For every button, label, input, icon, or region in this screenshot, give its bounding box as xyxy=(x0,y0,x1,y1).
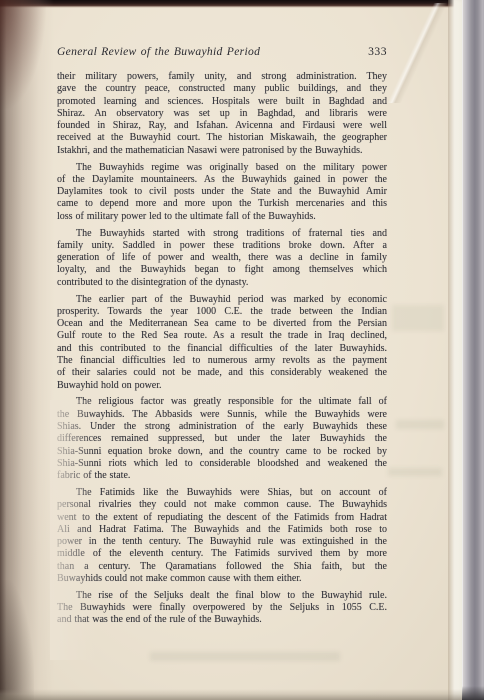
text-line: Buwayhids could not make common cause wi… xyxy=(57,573,387,585)
text-line: and this contributed to the financial di… xyxy=(57,343,387,355)
ink-bleed-smudge xyxy=(392,305,444,331)
text-line: personal rivalries they could not make c… xyxy=(57,499,387,511)
text-line: Shia-Sunni riots which led to considerab… xyxy=(57,458,387,470)
text-line: The Buwayhids started with strong tradit… xyxy=(57,228,387,240)
text-line: gave the country peace, constructed many… xyxy=(57,83,387,95)
text-line: The Fatimids like the Buwayhids were Shi… xyxy=(57,487,387,499)
text-line: Shia-Sunni equation broke down, and the … xyxy=(57,446,387,458)
text-line: the Buwayhids. The Abbasids were Sunnis,… xyxy=(57,409,387,421)
page-stack-bottom-shadow xyxy=(462,686,484,700)
text-line: Daylamites took to civil posts under the… xyxy=(57,186,387,198)
text-line: The religious factor was greatly respons… xyxy=(57,396,387,408)
text-line: of their salaries could not be made, and… xyxy=(57,367,387,379)
text-line: loss of military power led to the ultima… xyxy=(57,211,387,223)
page-number: 333 xyxy=(368,45,387,58)
text-line: of the Daylamite mountaineers. As the Bu… xyxy=(57,174,387,186)
running-header: General Review of the Buwayhid Period 33… xyxy=(57,45,387,58)
page-header-title: General Review of the Buwayhid Period xyxy=(57,45,260,58)
page-edge-highlight xyxy=(448,0,462,700)
text-line: Ali and Hadrat Fatima. The Buwayhids and… xyxy=(57,524,387,536)
text-line: went to the extent of repudiating the de… xyxy=(57,512,387,524)
text-line: their military powers, family unity, and… xyxy=(57,71,387,83)
text-line: middle of the eleventh century. The Fati… xyxy=(57,548,387,560)
text-line: differences remained suppressed, but und… xyxy=(57,433,387,445)
text-line: power in the tenth century. The Buwayhid… xyxy=(57,536,387,548)
paragraph: The Fatimids like the Buwayhids were Shi… xyxy=(57,487,387,585)
book-cover-top-edge xyxy=(0,0,462,8)
text-line: generation of life of power and wealth, … xyxy=(57,252,387,264)
text-line: Istakhri, and the mathematician Nasawi w… xyxy=(57,145,387,157)
ink-bleed-smudge xyxy=(150,652,340,661)
page-bottom-shadow xyxy=(0,689,462,700)
text-line: received at the Buwayhid court. The hist… xyxy=(57,132,387,144)
text-line: founded in Shiraz, Ray, and Isfahan. Avi… xyxy=(57,120,387,132)
text-line: came to depend more and more upon the Tu… xyxy=(57,198,387,210)
text-line: than a century. The Qaramatians followed… xyxy=(57,561,387,573)
text-line: family unity. Saddled in power these tra… xyxy=(57,240,387,252)
text-line: Shiraz. An observatory was set up in Bag… xyxy=(57,108,387,120)
book-scan: { "document": { "header": { "title": "Ge… xyxy=(0,0,484,700)
text-line: fabric of the state. xyxy=(57,470,387,482)
paragraph: The Buwayhids regime was originally base… xyxy=(57,162,387,223)
paragraph: The Buwayhids started with strong tradit… xyxy=(57,228,387,289)
text-line: The earlier part of the Buwayhid period … xyxy=(57,294,387,306)
text-line: Buwayhid hold on power. xyxy=(57,380,387,392)
text-line: promoted learning and sciences. Hospital… xyxy=(57,96,387,108)
text-line: contributed to the disintegration of the… xyxy=(57,277,387,289)
text-line: The Buwayhids regime was originally base… xyxy=(57,162,387,174)
text-line: Gulf route to the Red Sea route. As a re… xyxy=(57,330,387,342)
paragraph: The earlier part of the Buwayhid period … xyxy=(57,294,387,392)
ink-bleed-smudge xyxy=(396,420,444,429)
page-stack-edge xyxy=(462,0,484,700)
text-line: The financial difficulties led to numero… xyxy=(57,355,387,367)
text-line: The Buwayhids were finally overpowered b… xyxy=(57,602,387,614)
text-line: Shias. Under the strong administration o… xyxy=(57,421,387,433)
ink-bleed-smudge xyxy=(388,468,442,476)
page-corner-crease xyxy=(386,3,448,103)
page-body: their military powers, family unity, and… xyxy=(57,71,387,627)
spine-shadow-top-corner xyxy=(0,0,46,110)
paragraph: The rise of the Seljuks dealt the final … xyxy=(57,590,387,627)
text-line: loyalty, and the Buwayhids began to figh… xyxy=(57,264,387,276)
spine-shadow-bottom-corner xyxy=(0,580,34,700)
text-line: and that was the end of the rule of the … xyxy=(57,614,387,626)
paragraph: The religious factor was greatly respons… xyxy=(57,396,387,482)
page-content: General Review of the Buwayhid Period 33… xyxy=(57,45,387,627)
paragraph: their military powers, family unity, and… xyxy=(57,71,387,157)
text-line: Ocean and the Mediterranean Sea came to … xyxy=(57,318,387,330)
text-line: The rise of the Seljuks dealt the final … xyxy=(57,590,387,602)
text-line: prosperity. Towards the year 1000 C.E. t… xyxy=(57,306,387,318)
